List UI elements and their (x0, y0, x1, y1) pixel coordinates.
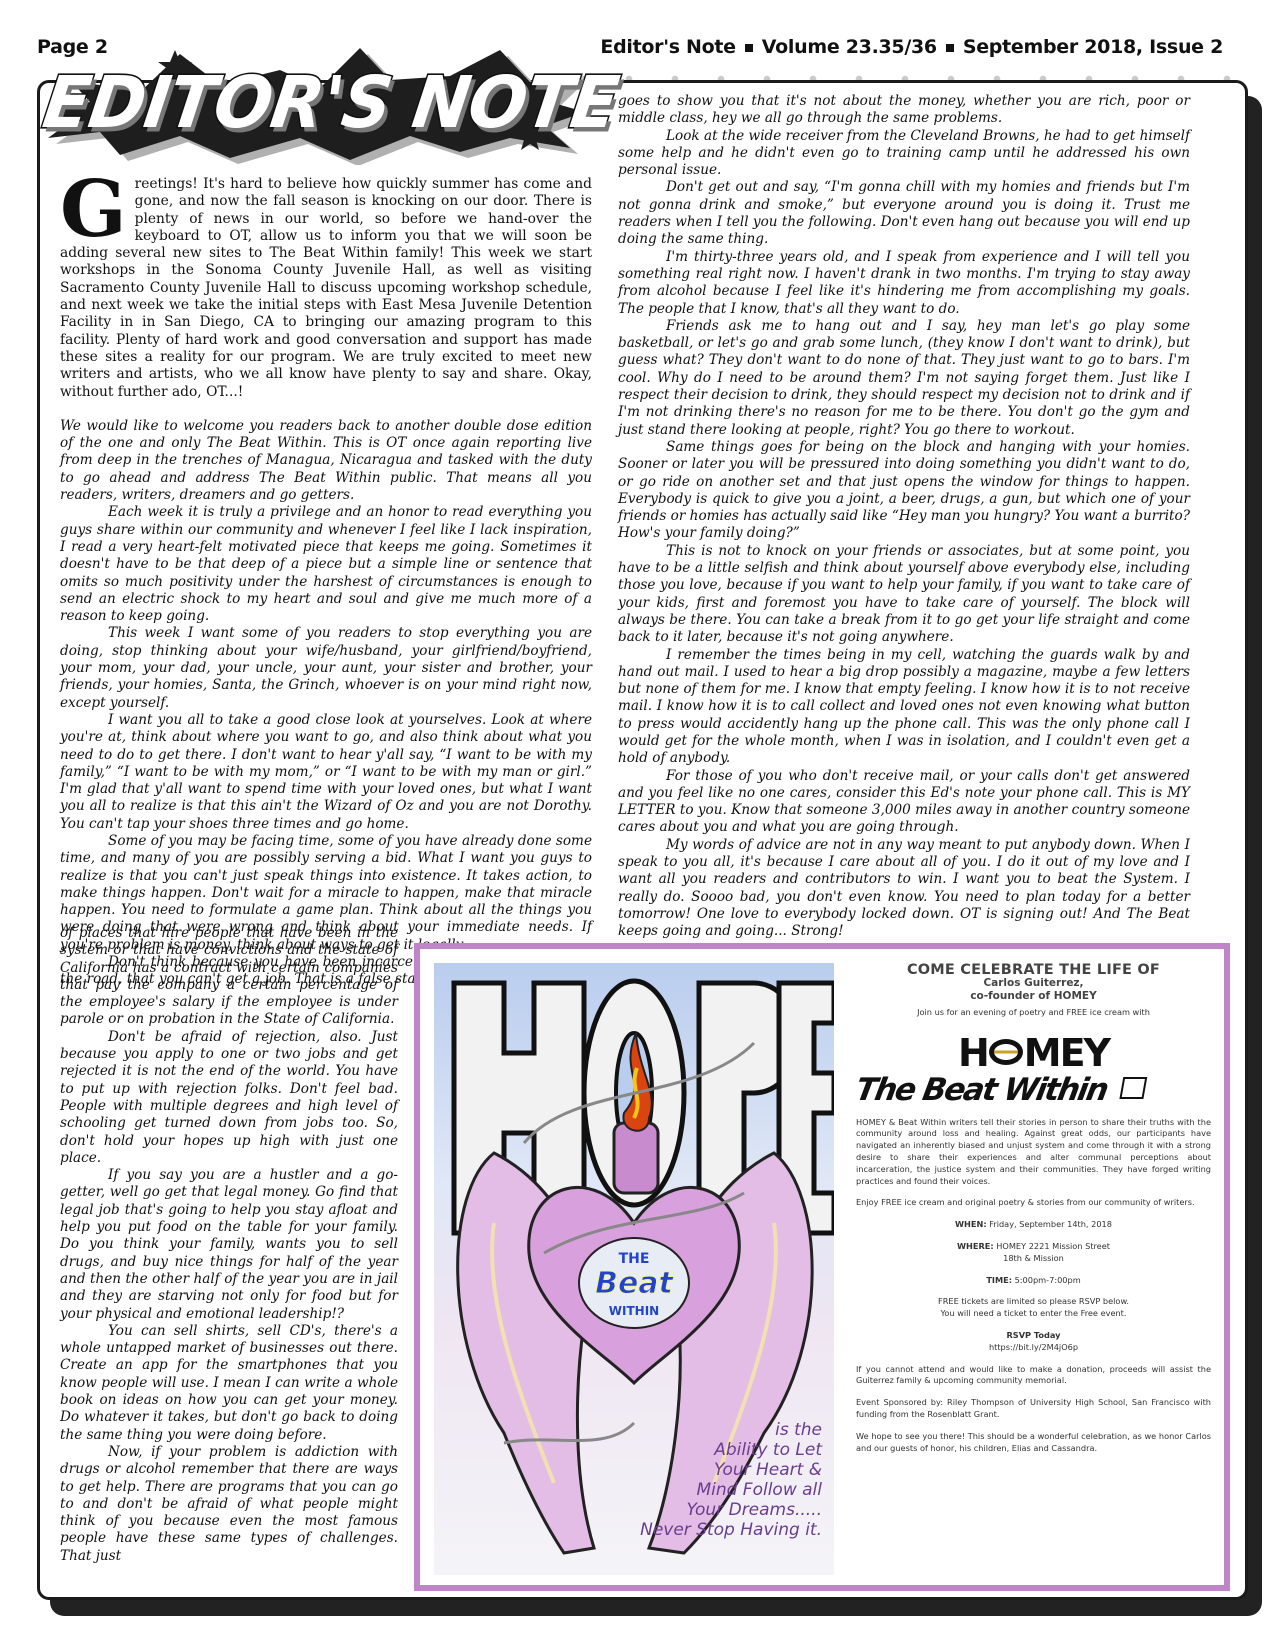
article-paragraph: goes to show you that it's not about the… (618, 93, 1190, 128)
page-title: EDITOR'S NOTE (38, 62, 622, 145)
about-text: HOMEY & Beat Within writers tell their s… (856, 1117, 1211, 1188)
article-paragraph: For those of you who don't receive mail,… (618, 768, 1190, 837)
rsvp-link[interactable]: https://bit.ly/2M4jO6p (856, 1342, 1211, 1354)
article-left-narrow-column: of places that hire people that have bee… (60, 925, 398, 1565)
homey-logo-knot-icon (989, 1039, 1023, 1065)
article-paragraph: Friends ask me to hang out and I say, he… (618, 318, 1190, 439)
event-where-cross-streets: 18th & Mission (856, 1253, 1211, 1265)
article-paragraph: Don't be afraid of rejection, also. Just… (60, 1029, 398, 1167)
event-flyer: THE Beat WITHIN is the Ability to Let Yo… (414, 943, 1230, 1591)
article-paragraph: You can sell shirts, sell CD's, there's … (60, 1323, 398, 1444)
article-paragraph: I want you all to take a good close look… (60, 712, 592, 833)
enjoy-text: Enjoy FREE ice cream and original poetry… (856, 1197, 1211, 1209)
article-paragraph: I remember the times being in my cell, w… (618, 647, 1190, 768)
donation-text: If you cannot attend and would like to m… (856, 1364, 1211, 1388)
tickets-note-2: You will need a ticket to enter the Free… (856, 1308, 1211, 1320)
article-paragraph: This is not to knock on your friends or … (618, 543, 1190, 647)
homey-logo: HMEY (856, 1033, 1211, 1073)
article-paragraph: Now, if your problem is addiction with d… (60, 1444, 398, 1565)
event-details: COME CELEBRATE THE LIFE OF Carlos Guiter… (856, 963, 1211, 1454)
beat-within-logo: The Beat Within (853, 1073, 1214, 1107)
article-right-column: goes to show you that it's not about the… (618, 93, 1190, 941)
art-text-within: WITHIN (609, 1304, 659, 1318)
event-heading: COME CELEBRATE THE LIFE OF (856, 965, 1211, 977)
article-paragraph: This week I want some of you readers to … (60, 625, 592, 711)
tickets-note: FREE tickets are limited so please RSVP … (856, 1296, 1211, 1308)
article-paragraph: of places that hire people that have bee… (60, 925, 398, 1029)
closing-text: We hope to see you there! This should be… (856, 1431, 1211, 1455)
article-paragraph: Each week it is truly a privilege and an… (60, 504, 592, 625)
article-paragraph: Same things goes for being on the block … (618, 439, 1190, 543)
beat-within-emblem-icon (1119, 1076, 1147, 1098)
section-name: Editor's Note (600, 36, 735, 58)
running-header: Editor's NoteVolume 23.35/36September 20… (600, 36, 1223, 58)
bullet-separator (745, 44, 753, 52)
article-paragraph: I'm thirty-three years old, and I speak … (618, 249, 1190, 318)
sponsor-text: Event Sponsored by: Riley Thompson of Un… (856, 1397, 1211, 1421)
art-text-beat: Beat (595, 1266, 674, 1301)
art-quote-line: is the (775, 1420, 822, 1440)
event-where: WHERE: HOMEY 2221 Mission Street (856, 1241, 1211, 1253)
art-text-the: THE (619, 1251, 650, 1267)
event-when: WHEN: Friday, September 14th, 2018 (856, 1219, 1211, 1231)
article-paragraph: My words of advice are not in any way me… (618, 837, 1190, 941)
issue-date: September 2018, Issue 2 (963, 36, 1223, 58)
intro-paragraph: Greetings! It's hard to believe how quic… (60, 176, 592, 401)
article-paragraph: If you say you are a hustler and a go-ge… (60, 1167, 398, 1323)
art-quote-line: Ability to Let (713, 1440, 823, 1460)
honoree-role: co-founder of HOMEY (856, 990, 1211, 1003)
invite-text: Join us for an evening of poetry and FRE… (856, 1007, 1211, 1019)
art-quote-line: Your Heart & (714, 1460, 822, 1480)
bullet-separator (946, 44, 954, 52)
art-quote-line: Never Stop Having it. (640, 1520, 822, 1540)
hope-illustration: THE Beat WITHIN is the Ability to Let Yo… (434, 963, 834, 1575)
art-quote-line: Mind Follow all (696, 1480, 822, 1500)
article-paragraph: Look at the wide receiver from the Cleve… (618, 128, 1190, 180)
event-time: TIME: 5:00pm-7:00pm (856, 1275, 1211, 1287)
honoree-name: Carlos Guiterrez, (856, 977, 1211, 990)
volume-number: Volume 23.35/36 (762, 36, 937, 58)
art-quote-line: Your Dreams..... (687, 1500, 822, 1520)
article-left-column: Greetings! It's hard to believe how quic… (60, 176, 592, 989)
article-paragraph: We would like to welcome you readers bac… (60, 418, 592, 504)
drop-cap: G (60, 180, 127, 240)
article-paragraph: Don't get out and say, “I'm gonna chill … (618, 179, 1190, 248)
intro-text: reetings! It's hard to believe how quick… (60, 176, 592, 400)
art-big-word: HOPE (634, 963, 637, 964)
rsvp-label: RSVP Today (856, 1330, 1211, 1342)
